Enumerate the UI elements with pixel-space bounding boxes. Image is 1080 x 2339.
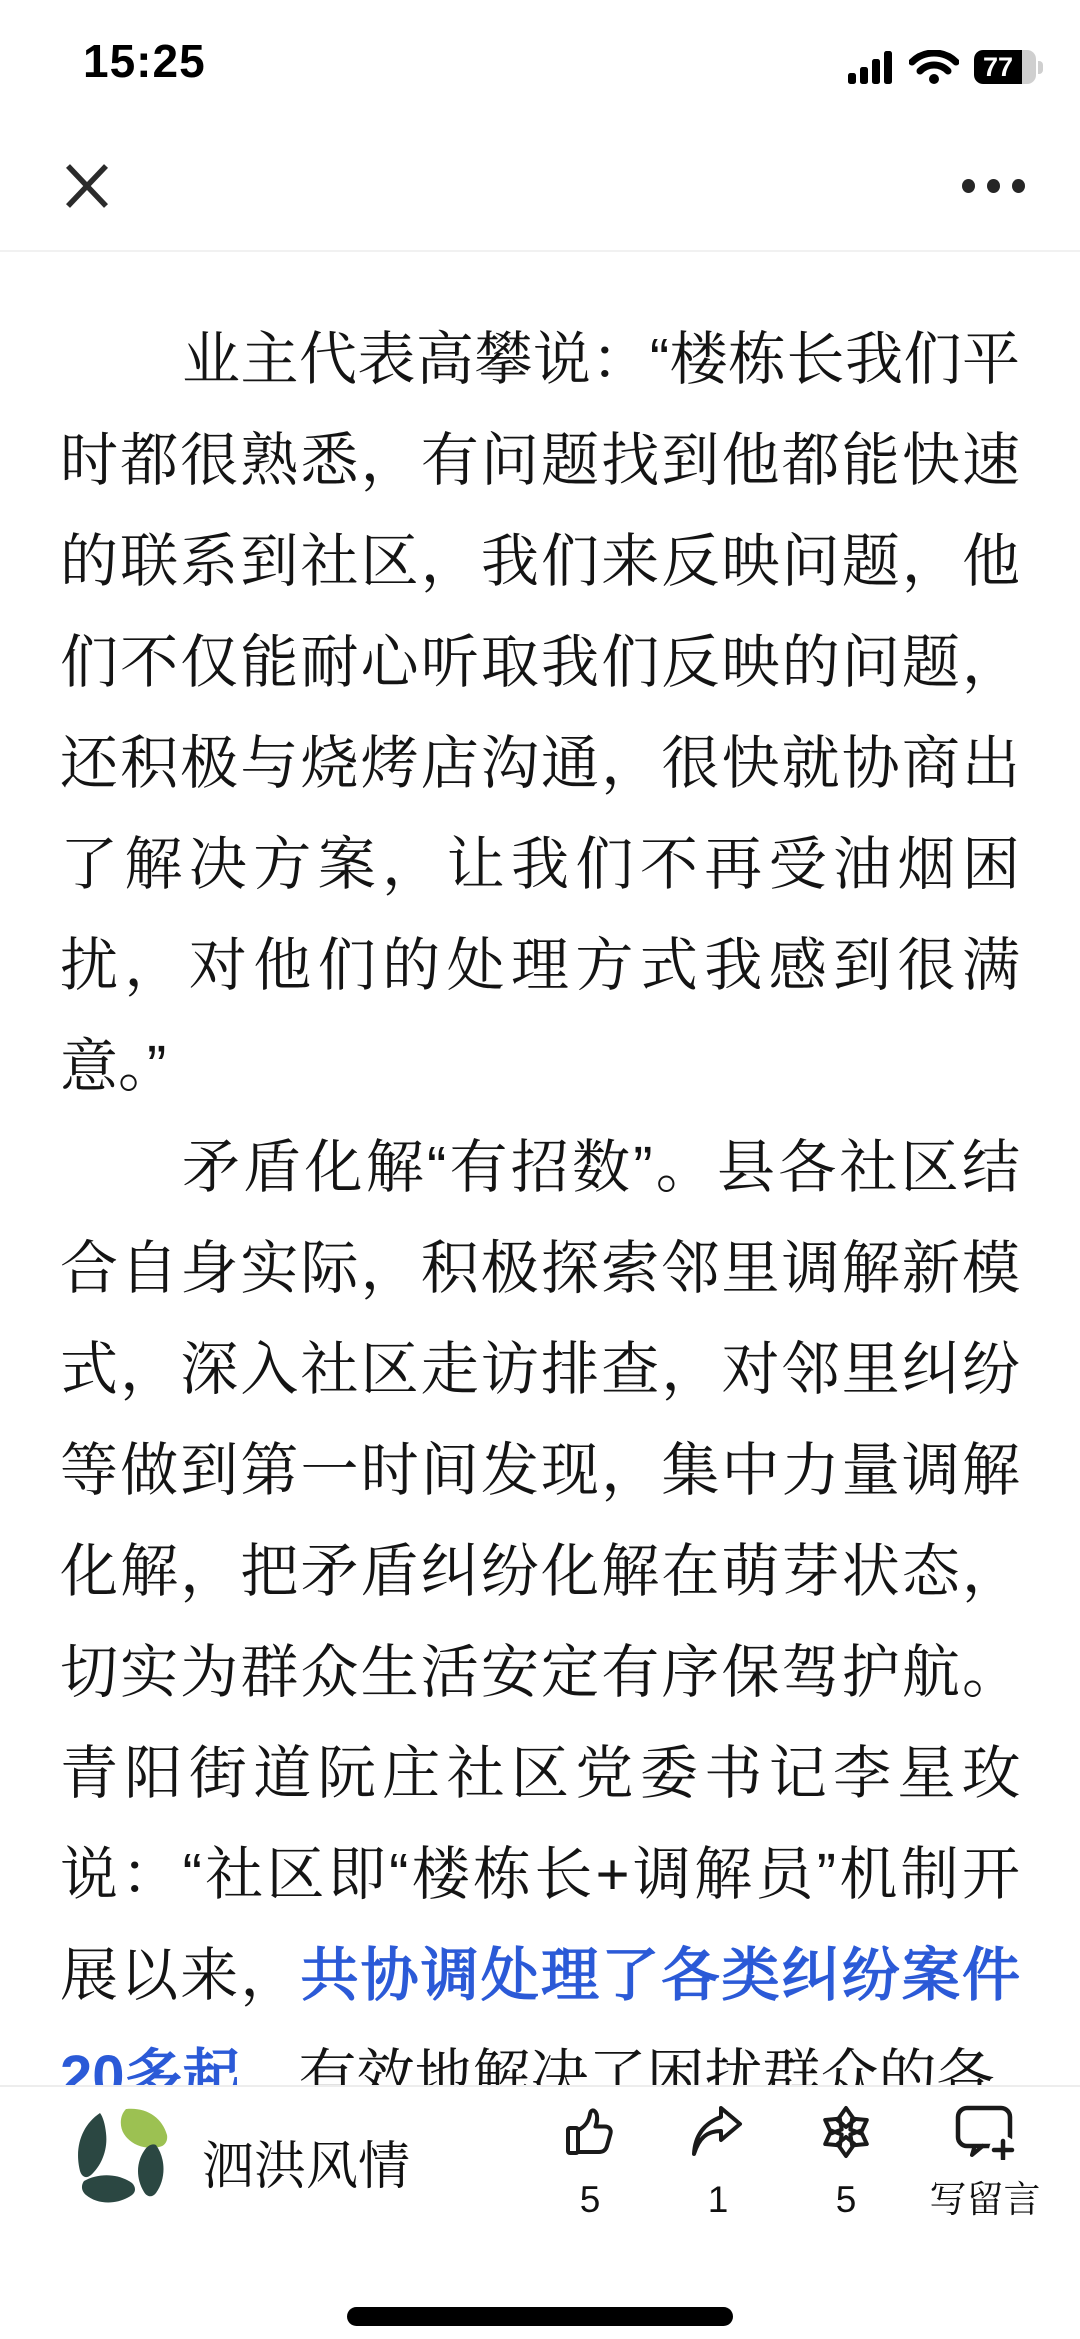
article-line: 展以来，共协调处理了各类纠纷案件 — [60, 1925, 1020, 2026]
battery-icon: 77 — [974, 50, 1043, 84]
article-text-segment: 业主代表高攀说：“楼栋长我们平 — [182, 327, 1020, 392]
status-bar: 15:25 77 — [0, 0, 1080, 100]
action-buttons: 5 1 — [526, 2103, 1060, 2218]
article-text-segment: 们不仅能耐心听取我们反映的问题， — [60, 630, 1020, 695]
wechat-article-screen: 15:25 77 — [0, 0, 1080, 2339]
account-logo-icon — [60, 2103, 176, 2219]
wow-count: 5 — [836, 2181, 857, 2218]
article-line: 扰，对他们的处理方式我感到很满 — [60, 915, 1020, 1016]
comment-label: 写留言 — [930, 2181, 1041, 2218]
wow-button[interactable]: 5 — [782, 2103, 910, 2218]
article-text-segment: 化解，把矛盾纠纷化解在萌芽状态， — [60, 1539, 1020, 1604]
article-text-segment: 说：“社区即“楼栋长+调解员”机制开 — [60, 1842, 1020, 1907]
article-text-segment: 式，深入社区走访排查，对邻里纠纷 — [60, 1337, 1020, 1402]
wifi-icon — [909, 50, 959, 84]
article-line: 还积极与烧烤店沟通，很快就协商出 — [60, 713, 1020, 814]
article-line: 矛盾化解“有招数”。县各社区结 — [60, 1117, 1020, 1218]
article-line: 切实为群众生活安定有序保驾护航。 — [60, 1622, 1020, 1723]
article-text-segment: 时都很熟悉，有问题找到他都能快速 — [60, 428, 1020, 493]
status-icons: 77 — [848, 50, 1043, 84]
comment-plus-icon — [953, 2103, 1017, 2161]
article-text-segment: 还积极与烧烤店沟通，很快就协商出 — [60, 731, 1020, 796]
close-button[interactable] — [63, 161, 111, 211]
cellular-signal-icon — [848, 50, 894, 84]
share-count: 1 — [708, 2181, 729, 2218]
more-dots-icon — [962, 179, 1025, 193]
article-text-segment: 合自身实际，积极探索邻里调解新模 — [60, 1236, 1020, 1301]
article-line: 们不仅能耐心听取我们反映的问题， — [60, 612, 1020, 713]
article-line: 时都很熟悉，有问题找到他都能快速 — [60, 410, 1020, 511]
article-line: 的联系到社区，我们来反映问题，他 — [60, 511, 1020, 612]
battery-percent-text: 77 — [983, 52, 1013, 83]
article-text-segment: 意。” — [60, 1034, 166, 1099]
article-line: 青阳街道阮庄社区党委书记李星玫 — [60, 1723, 1020, 1824]
bottom-toolbar: 泗洪风情 5 1 — [0, 2085, 1080, 2339]
highlighted-text: 共协调处理了各类纠纷案件 — [301, 1943, 1020, 2008]
clock-text: 15:25 — [83, 38, 206, 84]
article-text-segment: 了解决方案，让我们不再受油烟困 — [60, 832, 1020, 897]
article-line: 等做到第一时间发现，集中力量调解 — [60, 1420, 1020, 1521]
account-info[interactable]: 泗洪风情 — [60, 2103, 410, 2219]
article-line: 合自身实际，积极探索邻里调解新模 — [60, 1218, 1020, 1319]
article-text-segment: 矛盾化解“有招数”。县各社区结 — [182, 1135, 1020, 1200]
article-content[interactable]: 业主代表高攀说：“楼栋长我们平时都很熟悉，有问题找到他都能快速的联系到社区，我们… — [0, 254, 1080, 2339]
article-line: 说：“社区即“楼栋长+调解员”机制开 — [60, 1824, 1020, 1925]
article-text-segment: 扰，对他们的处理方式我感到很满 — [60, 933, 1020, 998]
article-line: 式，深入社区走访排查，对邻里纠纷 — [60, 1319, 1020, 1420]
article-text-segment: 展以来， — [60, 1943, 301, 2008]
article-line: 了解决方案，让我们不再受油烟困 — [60, 814, 1020, 915]
close-icon — [63, 161, 111, 211]
like-button[interactable]: 5 — [526, 2103, 654, 2218]
article-line: 业主代表高攀说：“楼栋长我们平 — [60, 309, 1020, 410]
article-text-segment: 的联系到社区，我们来反映问题，他 — [60, 529, 1020, 594]
share-button[interactable]: 1 — [654, 2103, 782, 2218]
thumbs-up-icon — [564, 2103, 616, 2161]
like-count: 5 — [580, 2181, 601, 2218]
wow-star-icon — [818, 2103, 874, 2161]
article-text-segment: 切实为群众生活安定有序保驾护航。 — [60, 1640, 1020, 1705]
comment-button[interactable]: 写留言 — [910, 2103, 1060, 2218]
share-arrow-icon — [691, 2103, 745, 2161]
nav-bar — [0, 100, 1080, 252]
account-name: 泗洪风情 — [202, 2124, 410, 2199]
article-line: 意。” — [60, 1016, 1020, 1117]
article-text-segment: 青阳街道阮庄社区党委书记李星玫 — [60, 1741, 1020, 1806]
article-line: 化解，把矛盾纠纷化解在萌芽状态， — [60, 1521, 1020, 1622]
more-button[interactable] — [962, 179, 1025, 193]
article-text-segment: 等做到第一时间发现，集中力量调解 — [60, 1438, 1020, 1503]
home-indicator — [347, 2307, 733, 2326]
